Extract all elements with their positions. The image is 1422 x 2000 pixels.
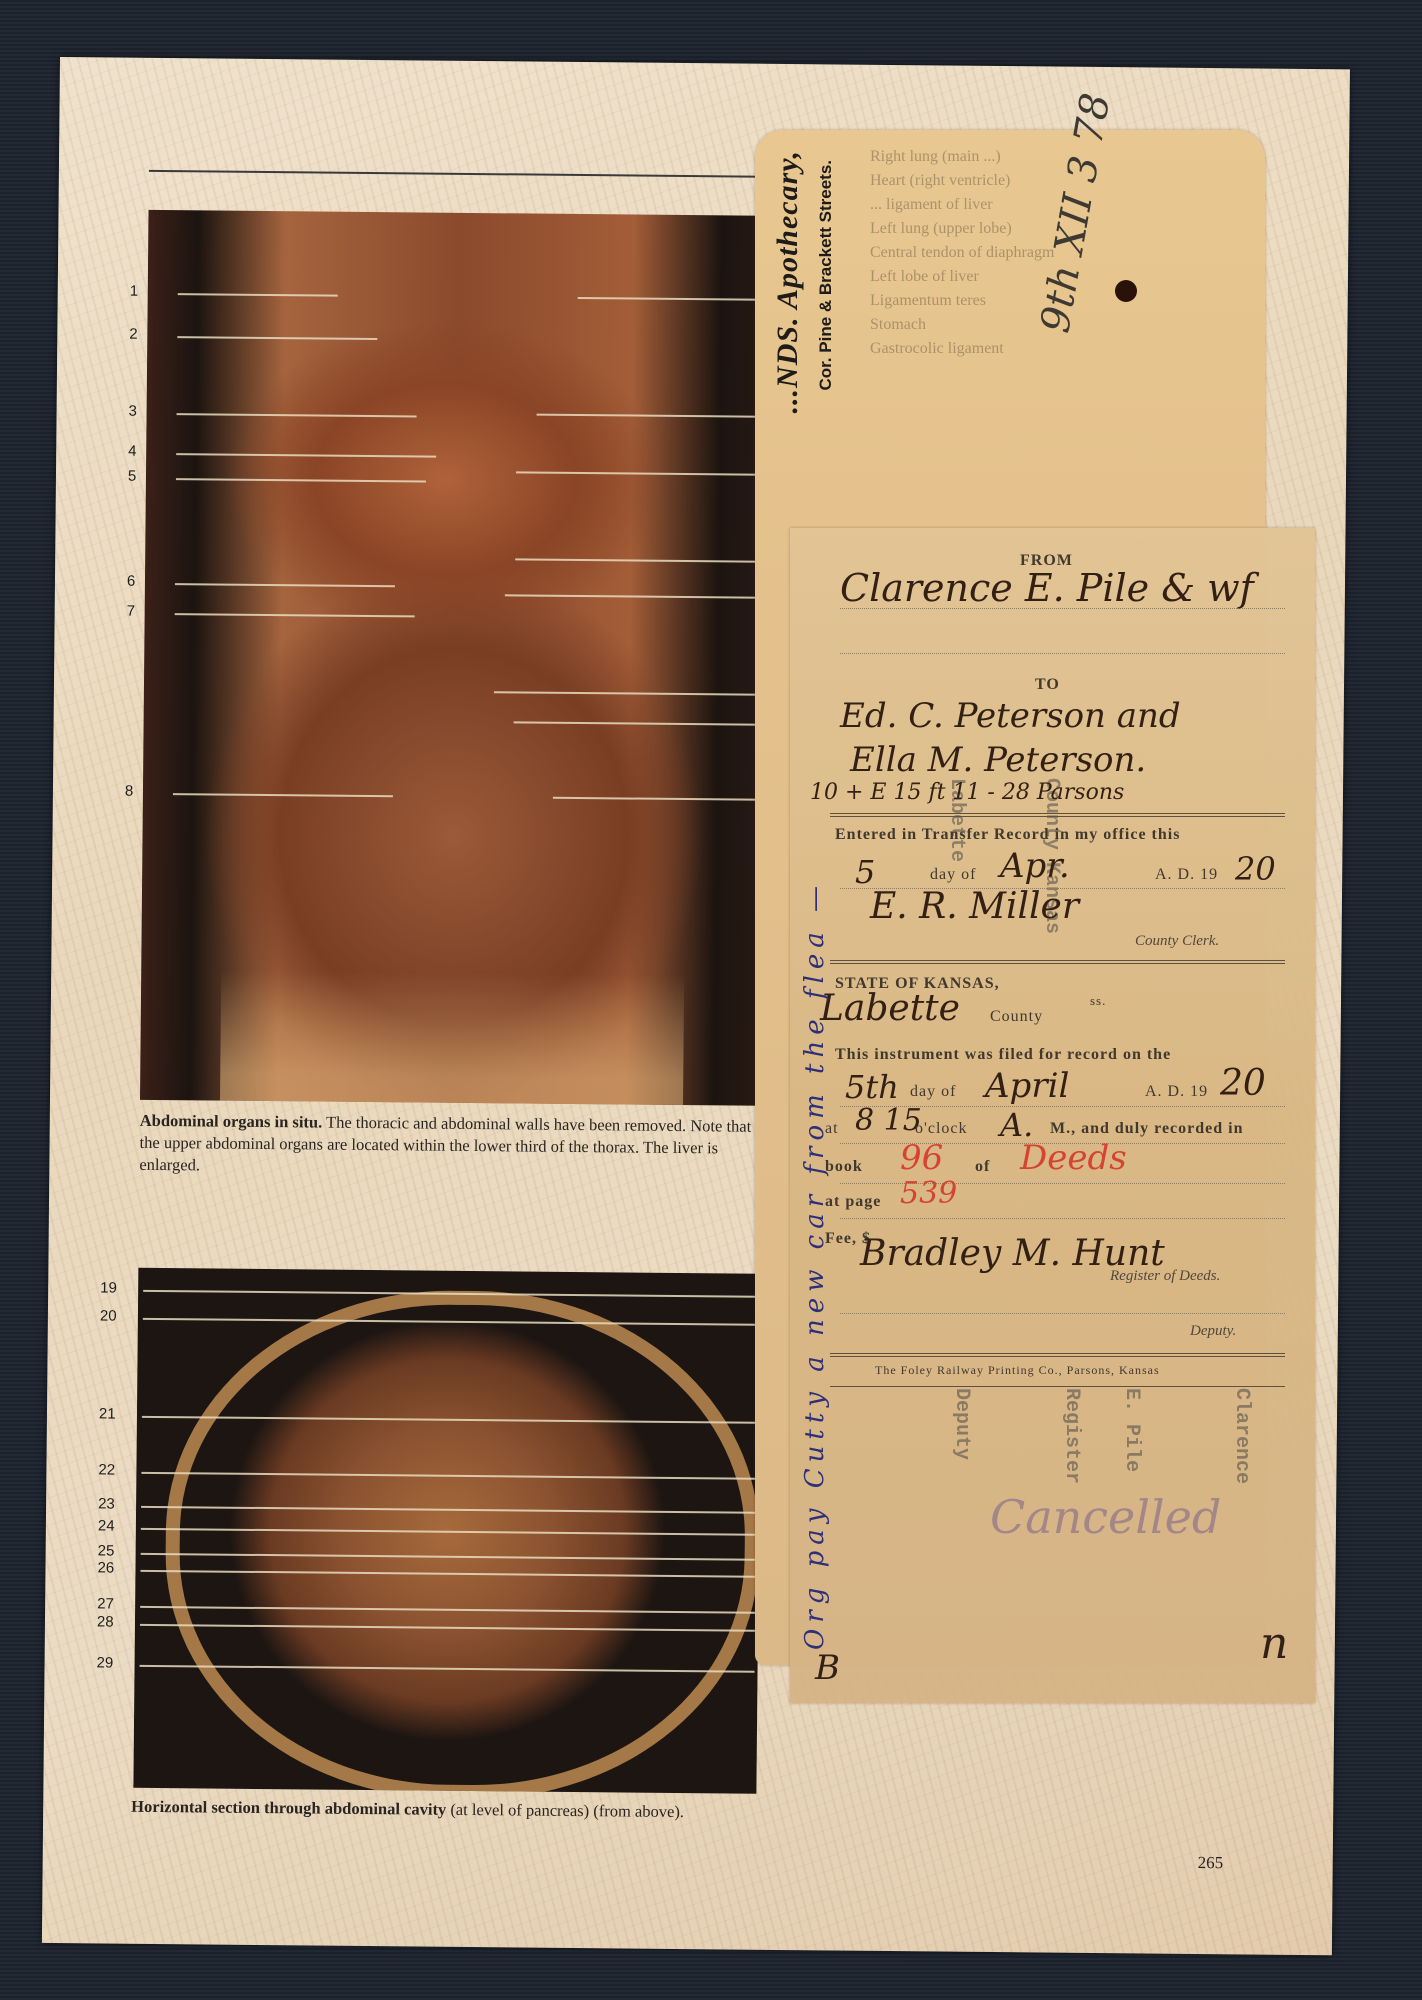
- mirrored-bleedthrough: Register: [1060, 1388, 1083, 1484]
- deputy-label: Deputy.: [1190, 1323, 1236, 1340]
- legal-description: 10 + E 15 ft 11 - 28 Parsons: [810, 780, 1124, 805]
- ad-label: A. D. 19: [1155, 866, 1218, 884]
- label-number: 2: [129, 326, 138, 343]
- apothecary-address: Cor. Pine & Brackett Streets.: [816, 160, 836, 391]
- top-plate-caption: Abdominal organs in situ. The thoracic a…: [139, 1110, 760, 1182]
- page-label: at page: [825, 1193, 881, 1211]
- dotted-line: [840, 1313, 1285, 1315]
- double-rule: [830, 813, 1285, 817]
- double-rule: [830, 1353, 1285, 1357]
- label-number: 23: [98, 1495, 115, 1512]
- to-value-1: Ed. C. Peterson and: [840, 696, 1181, 736]
- label-number: 25: [98, 1542, 115, 1559]
- oclock-label: o'clock: [915, 1120, 968, 1138]
- page-number: 265: [1198, 1853, 1224, 1873]
- label-number: 24: [98, 1517, 115, 1534]
- ad-label: A. D. 19: [1145, 1083, 1208, 1101]
- county-clerk-label: County Clerk.: [1135, 933, 1219, 950]
- mirrored-bleedthrough: Deputy: [950, 1388, 973, 1460]
- mirrored-bleedthrough: Clarence: [1230, 1388, 1253, 1484]
- double-rule: [830, 960, 1285, 964]
- burn-spot: [1115, 280, 1137, 302]
- to-value-2: Ella M. Peterson.: [850, 740, 1146, 780]
- caption-title: Abdominal organs in situ.: [140, 1111, 323, 1132]
- dotted-line: [840, 653, 1285, 655]
- page-value: 539: [900, 1176, 957, 1211]
- register-label: Register of Deeds.: [1110, 1268, 1220, 1285]
- bleedthrough-label-list: Right lung (main ...) Heart (right ventr…: [870, 145, 1054, 361]
- of-label: of: [975, 1158, 990, 1176]
- book-value: 96: [900, 1138, 943, 1178]
- county-value: Labette: [820, 988, 960, 1029]
- label-number: 20: [100, 1307, 117, 1324]
- filed-day: 5th: [845, 1068, 899, 1106]
- filed-month: April: [985, 1066, 1069, 1106]
- ss-label: ss.: [1090, 993, 1106, 1009]
- margin-handwritten-note: Org pay Cutty a new car from the flea —: [800, 600, 830, 1650]
- recorded-text: M., and duly recorded in: [1050, 1120, 1244, 1138]
- label-number: 28: [97, 1613, 114, 1630]
- dotted-line: [840, 608, 1285, 610]
- label-number: 21: [99, 1405, 116, 1422]
- filed-time: 8 15: [855, 1103, 922, 1138]
- apothecary-name: ...NDS. Apothecary,: [771, 150, 805, 413]
- label-number: 8: [125, 783, 134, 800]
- label-number: 5: [128, 468, 137, 485]
- dotted-line: [840, 1218, 1285, 1220]
- label-number: 26: [97, 1559, 114, 1576]
- rule: [830, 1386, 1285, 1388]
- from-value: Clarence E. Pile & wf: [840, 566, 1254, 610]
- label-number: 27: [97, 1595, 114, 1612]
- entered-year: 20: [1235, 850, 1276, 888]
- caption-body: (at level of pancreas) (from above).: [450, 1800, 684, 1821]
- day-of-label: day of: [930, 866, 976, 884]
- label-number: 1: [130, 283, 139, 300]
- label-number: 3: [129, 403, 138, 420]
- label-number: 6: [127, 573, 136, 590]
- filed-text: This instrument was filed for record on …: [835, 1046, 1171, 1064]
- label-number: 29: [97, 1654, 114, 1671]
- filed-year: 20: [1220, 1063, 1266, 1104]
- corner-mark-right: n: [1260, 1618, 1288, 1669]
- entered-text: Entered in Transfer Record in my office …: [835, 826, 1180, 844]
- label-number: 19: [100, 1279, 117, 1296]
- abdominal-organs-photo: [140, 210, 772, 1106]
- day-of-label: day of: [910, 1083, 956, 1101]
- book-type: Deeds: [1020, 1138, 1127, 1178]
- clerk-signature: E. R. Miller: [870, 886, 1079, 927]
- section-outline: [163, 1288, 761, 1794]
- label-number: 7: [127, 603, 136, 620]
- county-label: County: [990, 1008, 1043, 1026]
- printer-imprint: The Foley Railway Printing Co., Parsons,…: [875, 1363, 1160, 1378]
- corner-mark-left: B: [815, 1648, 840, 1688]
- label-number: 22: [98, 1461, 115, 1478]
- label-number: 4: [128, 443, 137, 460]
- cancelled-stamp: Cancelled: [990, 1490, 1221, 1544]
- mirrored-bleedthrough: E. Pile: [1120, 1388, 1143, 1472]
- caption-title: Horizontal section through abdominal cav…: [131, 1797, 446, 1819]
- bottom-plate-caption: Horizontal section through abdominal cav…: [131, 1796, 761, 1824]
- book-label: book: [825, 1158, 863, 1176]
- entered-month: Apr.: [1000, 846, 1070, 886]
- to-label: TO: [1035, 676, 1060, 694]
